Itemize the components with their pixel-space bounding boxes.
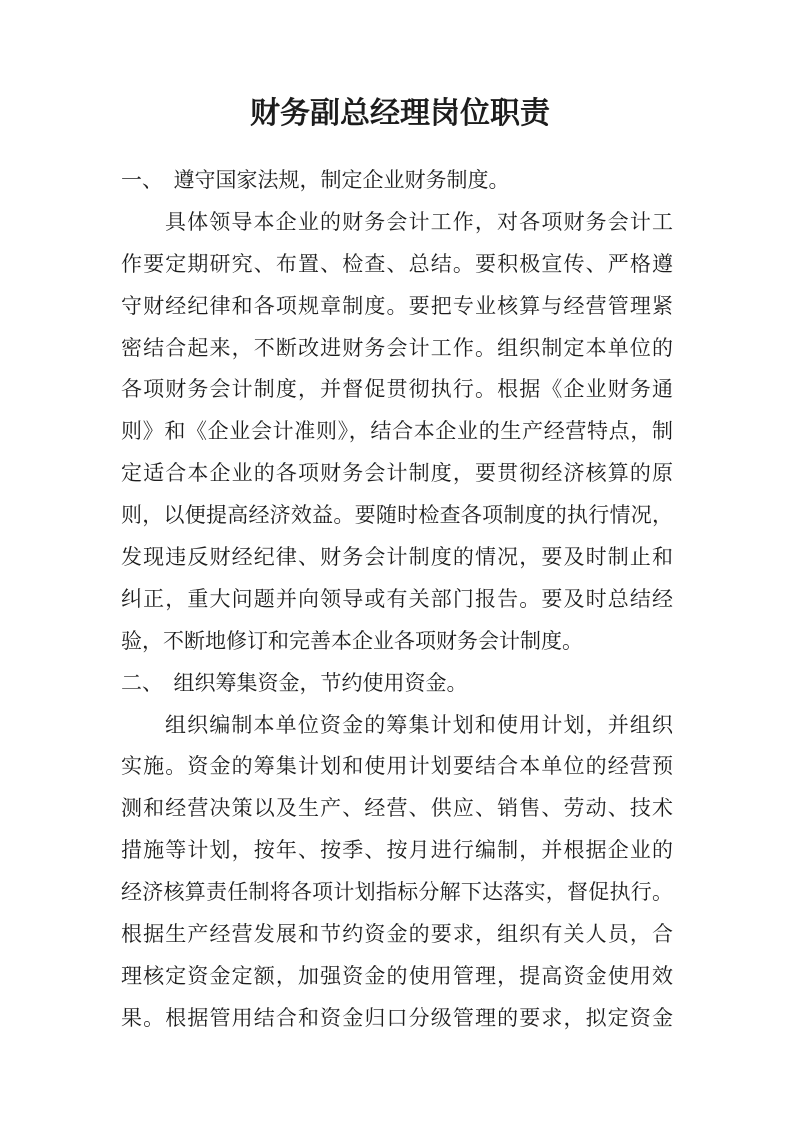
text-line: 实施。资金的筹集计划和使用计划要结合本单位的经营预 (121, 746, 673, 788)
text-line: 组织编制本单位资金的筹集计划和使用计划，并组织 (121, 705, 673, 747)
text-line: 则，以便提高经济效益。要随时检查各项制度的执行情况， (121, 495, 673, 537)
text-line: 措施等计划，按年、按季、按月进行编制，并根据企业的 (121, 830, 673, 872)
document-page: 财务副总经理岗位职责 一、 遵守国家法规，制定企业财务制度。具体领导本企业的财务… (0, 0, 800, 1132)
text-line: 经济核算责任制将各项计划指标分解下达落实，督促执行。 (121, 872, 673, 914)
section-heading: 二、 组织筹集资金，节约使用资金。 (121, 663, 673, 705)
text-line: 理核定资金定额，加强资金的使用管理，提高资金使用效 (121, 956, 673, 998)
text-line: 各项财务会计制度，并督促贯彻执行。根据《企业财务通 (121, 369, 673, 411)
text-line: 具体领导本企业的财务会计工作，对各项财务会计工 (121, 202, 673, 244)
section-heading: 一、 遵守国家法规，制定企业财务制度。 (121, 160, 673, 202)
text-line: 测和经营决策以及生产、经营、供应、销售、劳动、技术 (121, 788, 673, 830)
text-line: 密结合起来，不断改进财务会计工作。组织制定本单位的 (121, 328, 673, 370)
text-line: 定适合本企业的各项财务会计制度，要贯彻经济核算的原 (121, 453, 673, 495)
text-line: 验，不断地修订和完善本企业各项财务会计制度。 (121, 621, 673, 663)
text-line: 纠正，重大问题并向领导或有关部门报告。要及时总结经 (121, 579, 673, 621)
text-line: 守财经纪律和各项规章制度。要把专业核算与经营管理紧 (121, 286, 673, 328)
document-title: 财务副总经理岗位职责 (0, 96, 800, 132)
text-line: 则》和《企业会计准则》，结合本企业的生产经营特点，制 (121, 411, 673, 453)
text-line: 发现违反财经纪律、财务会计制度的情况，要及时制止和 (121, 537, 673, 579)
text-line: 作要定期研究、布置、检查、总结。要积极宣传、严格遵 (121, 244, 673, 286)
text-line: 根据生产经营发展和节约资金的要求，组织有关人员，合 (121, 914, 673, 956)
document-body: 一、 遵守国家法规，制定企业财务制度。具体领导本企业的财务会计工作，对各项财务会… (121, 160, 673, 1040)
text-line: 果。根据管用结合和资金归口分级管理的要求，拟定资金 (121, 998, 673, 1040)
